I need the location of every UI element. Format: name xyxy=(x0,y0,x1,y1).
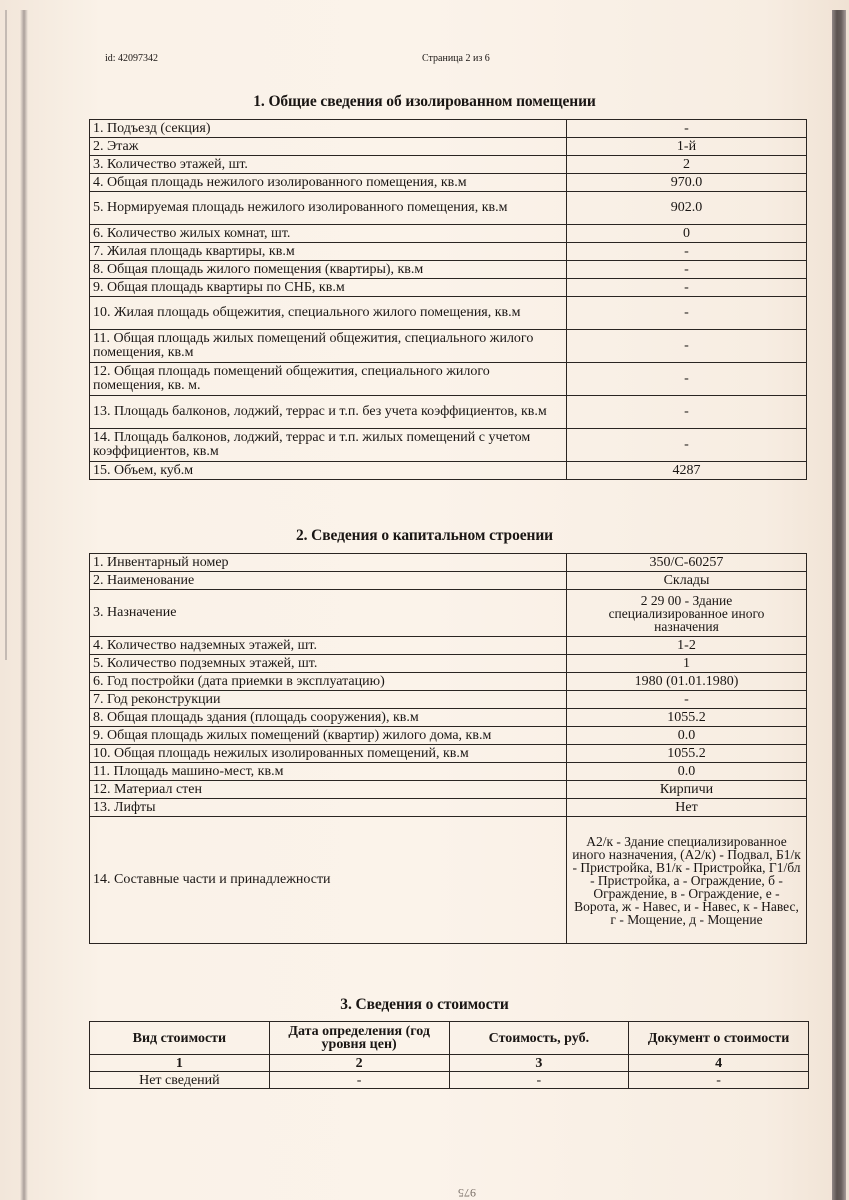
table-row: 5. Количество подземных этажей, шт.1 xyxy=(90,655,807,673)
row-label: 1. Инвентарный номер xyxy=(90,554,567,572)
row-label: 10. Общая площадь нежилых изолированных … xyxy=(90,745,567,763)
row-label: 3. Назначение xyxy=(90,590,567,637)
table-row: 10. Жилая площадь общежития, специальног… xyxy=(90,297,807,330)
row-label: 8. Общая площадь жилого помещения (кварт… xyxy=(90,261,567,279)
column-number-row: 1 2 3 4 xyxy=(90,1055,809,1072)
table-row: 9. Общая площадь жилых помещений (кварти… xyxy=(90,727,807,745)
row-label: 13. Площадь балконов, лоджий, террас и т… xyxy=(90,396,567,429)
row-value: - xyxy=(567,363,807,396)
row-label: 5. Количество подземных этажей, шт. xyxy=(90,655,567,673)
row-label: 9. Общая площадь квартиры по СНБ, кв.м xyxy=(90,279,567,297)
row-value: 1-2 xyxy=(567,637,807,655)
row-label: 12. Материал стен xyxy=(90,781,567,799)
row-label: 3. Количество этажей, шт. xyxy=(90,156,567,174)
table-row: 8. Общая площадь жилого помещения (кварт… xyxy=(90,261,807,279)
table-header-row: Вид стоимости Дата определения (год уров… xyxy=(90,1022,809,1055)
row-value: Кирпичи xyxy=(567,781,807,799)
column-header: Стоимость, руб. xyxy=(449,1022,629,1055)
section2-table: 1. Инвентарный номер350/С-60257 2. Наиме… xyxy=(89,553,807,944)
table-row: 1. Инвентарный номер350/С-60257 xyxy=(90,554,807,572)
table-row: 10. Общая площадь нежилых изолированных … xyxy=(90,745,807,763)
column-number: 1 xyxy=(90,1055,270,1072)
row-label: 14. Составные части и принадлежности xyxy=(90,817,567,944)
row-label: 7. Жилая площадь квартиры, кв.м xyxy=(90,243,567,261)
cost-type-cell: Нет сведений xyxy=(90,1072,270,1089)
page-number: Страница 2 из 6 xyxy=(422,53,490,64)
row-label: 9. Общая площадь жилых помещений (кварти… xyxy=(90,727,567,745)
row-value: 2 29 00 - Здание специализированное иног… xyxy=(567,590,807,637)
row-value: - xyxy=(567,297,807,330)
table-row: 13. Площадь балконов, лоджий, террас и т… xyxy=(90,396,807,429)
column-header: Вид стоимости xyxy=(90,1022,270,1055)
row-value: 0.0 xyxy=(567,727,807,745)
section3-table: Вид стоимости Дата определения (год уров… xyxy=(89,1021,809,1089)
table-row: 9. Общая площадь квартиры по СНБ, кв.м- xyxy=(90,279,807,297)
row-value: 0 xyxy=(567,225,807,243)
row-label: 4. Количество надземных этажей, шт. xyxy=(90,637,567,655)
row-label: 10. Жилая площадь общежития, специальног… xyxy=(90,297,567,330)
table-row: Нет сведений - - - xyxy=(90,1072,809,1089)
row-value: - xyxy=(567,429,807,462)
cost-value-cell: - xyxy=(449,1072,629,1089)
table-row: 2. Этаж1-й xyxy=(90,138,807,156)
column-header: Дата определения (год уровня цен) xyxy=(269,1022,449,1055)
section1-title: 1. Общие сведения об изолированном помещ… xyxy=(0,93,849,111)
row-value: - xyxy=(567,279,807,297)
page-header: id: 42097342 Страница 2 из 6 xyxy=(0,53,849,67)
scan-right-shadow xyxy=(832,10,846,1200)
table-row: 12. Общая площадь помещений общежития, с… xyxy=(90,363,807,396)
table-row: 3. Назначение2 29 00 - Здание специализи… xyxy=(90,590,807,637)
section3-title: 3. Сведения о стоимости xyxy=(0,996,849,1014)
row-label: 6. Год постройки (дата приемки в эксплуа… xyxy=(90,673,567,691)
table-row: 14. Составные части и принадлежностиА2/к… xyxy=(90,817,807,944)
section1-table: 1. Подъезд (секция)- 2. Этаж1-й 3. Колич… xyxy=(89,119,807,480)
row-label: 5. Нормируемая площадь нежилого изолиров… xyxy=(90,192,567,225)
table-row: 8. Общая площадь здания (площадь сооруже… xyxy=(90,709,807,727)
table-row: 7. Жилая площадь квартиры, кв.м- xyxy=(90,243,807,261)
cost-date-cell: - xyxy=(269,1072,449,1089)
row-value: 0.0 xyxy=(567,763,807,781)
row-label: 15. Объем, куб.м xyxy=(90,462,567,480)
row-value: Нет xyxy=(567,799,807,817)
table-row: 15. Объем, куб.м4287 xyxy=(90,462,807,480)
table-row: 4. Количество надземных этажей, шт.1-2 xyxy=(90,637,807,655)
row-label: 13. Лифты xyxy=(90,799,567,817)
row-value: 350/С-60257 xyxy=(567,554,807,572)
row-label: 4. Общая площадь нежилого изолированного… xyxy=(90,174,567,192)
section2-title: 2. Сведения о капитальном строении xyxy=(0,527,849,545)
row-value: 1 xyxy=(567,655,807,673)
row-value: - xyxy=(567,243,807,261)
row-label: 14. Площадь балконов, лоджий, террас и т… xyxy=(90,429,567,462)
row-label: 2. Наименование xyxy=(90,572,567,590)
document-id: id: 42097342 xyxy=(105,53,158,64)
row-value: Склады xyxy=(567,572,807,590)
row-value: А2/к - Здание специализированное иного н… xyxy=(567,817,807,944)
table-row: 5. Нормируемая площадь нежилого изолиров… xyxy=(90,192,807,225)
table-row: 13. ЛифтыНет xyxy=(90,799,807,817)
table-row: 14. Площадь балконов, лоджий, террас и т… xyxy=(90,429,807,462)
column-number: 4 xyxy=(629,1055,809,1072)
column-number: 3 xyxy=(449,1055,629,1072)
scan-left-shadow xyxy=(20,10,28,1200)
row-value: 1055.2 xyxy=(567,709,807,727)
row-label: 11. Общая площадь жилых помещений общежи… xyxy=(90,330,567,363)
row-value: - xyxy=(567,396,807,429)
row-label: 6. Количество жилых комнат, шт. xyxy=(90,225,567,243)
table-row: 6. Год постройки (дата приемки в эксплуа… xyxy=(90,673,807,691)
table-row: 12. Материал стенКирпичи xyxy=(90,781,807,799)
table-row: 7. Год реконструкции- xyxy=(90,691,807,709)
row-value: 2 xyxy=(567,156,807,174)
row-value: - xyxy=(567,120,807,138)
row-value: 1055.2 xyxy=(567,745,807,763)
row-label: 1. Подъезд (секция) xyxy=(90,120,567,138)
row-label: 12. Общая площадь помещений общежития, с… xyxy=(90,363,567,396)
row-value: 1980 (01.01.1980) xyxy=(567,673,807,691)
table-row: 2. НаименованиеСклады xyxy=(90,572,807,590)
column-header: Документ о стоимости xyxy=(629,1022,809,1055)
table-row: 11. Общая площадь жилых помещений общежи… xyxy=(90,330,807,363)
table-row: 3. Количество этажей, шт.2 xyxy=(90,156,807,174)
table-row: 1. Подъезд (секция)- xyxy=(90,120,807,138)
column-number: 2 xyxy=(269,1055,449,1072)
row-label: 7. Год реконструкции xyxy=(90,691,567,709)
row-label: 11. Площадь машино-мест, кв.м xyxy=(90,763,567,781)
cost-document-cell: - xyxy=(629,1072,809,1089)
row-value: 1-й xyxy=(567,138,807,156)
table-row: 4. Общая площадь нежилого изолированного… xyxy=(90,174,807,192)
row-value: 4287 xyxy=(567,462,807,480)
row-label: 8. Общая площадь здания (площадь сооруже… xyxy=(90,709,567,727)
handwritten-page-mark: 975 xyxy=(458,1185,476,1200)
row-value: - xyxy=(567,691,807,709)
row-label: 2. Этаж xyxy=(90,138,567,156)
row-value: - xyxy=(567,330,807,363)
row-value: 970.0 xyxy=(567,174,807,192)
row-value: 902.0 xyxy=(567,192,807,225)
table-row: 11. Площадь машино-мест, кв.м0.0 xyxy=(90,763,807,781)
row-value: - xyxy=(567,261,807,279)
table-row: 6. Количество жилых комнат, шт.0 xyxy=(90,225,807,243)
